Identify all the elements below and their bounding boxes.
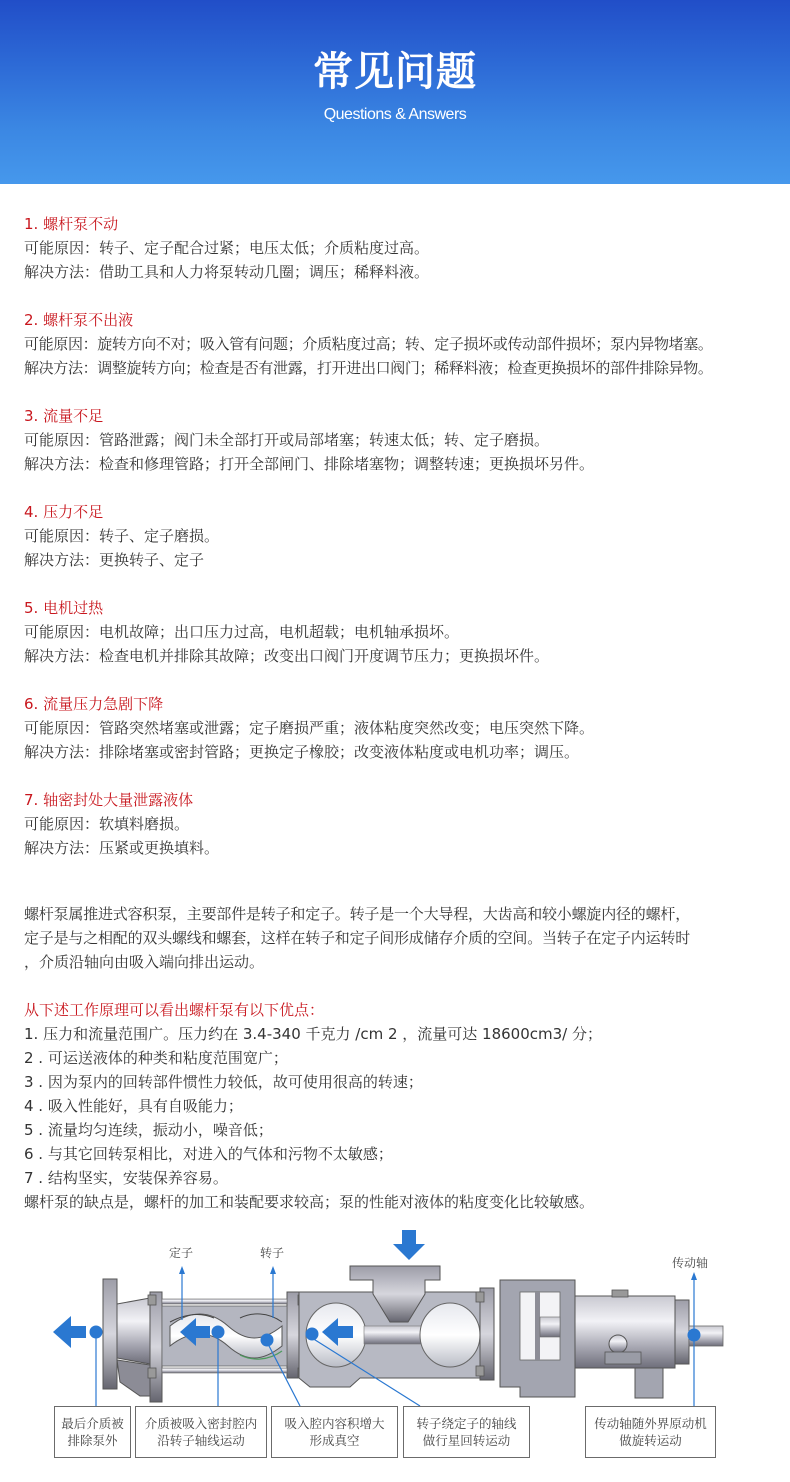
- faq-item: 7. 轴密封处大量泄露液体 可能原因：软填料磨损。 解决方法：压紧或更换填料。: [24, 788, 774, 860]
- callout-text: 做行星回转运动: [423, 1432, 511, 1449]
- faq-title: 7. 轴密封处大量泄露液体: [24, 788, 774, 812]
- callout-box: 最后介质被 排除泵外: [54, 1406, 131, 1458]
- faq-item: 4. 压力不足 可能原因：转子、定子磨损。 解决方法：更换转子、定子: [24, 500, 774, 572]
- faq-list: 1. 螺杆泵不动 可能原因：转子、定子配合过紧；电压太低；介质粘度过高。 解决方…: [24, 212, 774, 884]
- callout-box: 传动轴随外界原动机 做旋转运动: [585, 1406, 716, 1458]
- advantage-item: 1. 压力和流量范围广。压力约在 3.4-340 千克力 /cm 2 ，流量可达…: [24, 1022, 784, 1046]
- faq-solution: 解决方法：更换转子、定子: [24, 548, 774, 572]
- faq-cause: 可能原因：电机故障；出口压力过高，电机超载；电机轴承损坏。: [24, 620, 774, 644]
- advantage-item: 3 . 因为泵内的回转部件惯性力较低，故可使用很高的转速；: [24, 1070, 784, 1094]
- faq-item: 6. 流量压力急剧下降 可能原因：管路突然堵塞或泄露；定子磨损严重；液体粘度突然…: [24, 692, 774, 764]
- intro-paragraph: 螺杆泵属推进式容积泵，主要部件是转子和定子。转子是一个大导程，大齿高和较小螺旋内…: [24, 902, 774, 974]
- faq-solution: 解决方法：排除堵塞或密封管路；更换定子橡胶；改变液体粘度或电机功率；调压。: [24, 740, 774, 764]
- drive-shaft-label: 传动轴: [672, 1256, 708, 1270]
- advantages-title: 从下述工作原理可以看出螺杆泵有以下优点：: [24, 998, 784, 1022]
- faq-solution: 解决方法：检查电机并排除其故障；改变出口阀门开度调节压力；更换损坏件。: [24, 644, 774, 668]
- faq-cause: 可能原因：转子、定子配合过紧；电压太低；介质粘度过高。: [24, 236, 774, 260]
- callout-text: 做旋转运动: [619, 1432, 682, 1449]
- callout-text: 转子绕定子的轴线: [416, 1415, 516, 1432]
- callout-dot: [212, 1326, 225, 1339]
- faq-item: 1. 螺杆泵不动 可能原因：转子、定子配合过紧；电压太低；介质粘度过高。 解决方…: [24, 212, 774, 284]
- intro-line: 螺杆泵属推进式容积泵，主要部件是转子和定子。转子是一个大导程，大齿高和较小螺旋内…: [24, 902, 774, 926]
- rotor-label: 转子: [260, 1246, 284, 1260]
- advantage-item: 2 . 可运送液体的种类和粘度范围宽广；: [24, 1046, 784, 1070]
- faq-solution: 解决方法：检查和修理管路；打开全部闸门、排除堵塞物；调整转速；更换损坏另件。: [24, 452, 774, 476]
- faq-cause: 可能原因：旋转方向不对；吸入管有问题；介质粘度过高；转、定子损坏或传动部件损坏；…: [24, 332, 774, 356]
- header-banner: 常见问题 Questions & Answers: [0, 0, 790, 184]
- faq-cause: 可能原因：管路突然堵塞或泄露；定子磨损严重；液体粘度突然改变；电压突然下降。: [24, 716, 774, 740]
- faq-item: 5. 电机过热 可能原因：电机故障；出口压力过高，电机超载；电机轴承损坏。 解决…: [24, 596, 774, 668]
- page-subtitle: Questions & Answers: [0, 104, 790, 126]
- faq-title: 4. 压力不足: [24, 500, 774, 524]
- callout-text: 排除泵外: [67, 1432, 117, 1449]
- faq-solution: 解决方法：借助工具和人力将泵转动几圈；调压；稀释料液。: [24, 260, 774, 284]
- callout-text: 传动轴随外界原动机: [594, 1415, 707, 1432]
- callout-text: 介质被吸入密封腔内: [145, 1415, 258, 1432]
- faq-title: 2. 螺杆泵不出液: [24, 308, 774, 332]
- faq-title: 5. 电机过热: [24, 596, 774, 620]
- callout-text: 吸入腔内容积增大: [284, 1415, 384, 1432]
- pump-diagram: 定子 转子 传动轴 最后介质被 排除泵外 介质被吸入密封腔内 沿转子轴线运动 吸…: [0, 1222, 790, 1482]
- faq-cause: 可能原因：软填料磨损。: [24, 812, 774, 836]
- callout-dot: [90, 1326, 103, 1339]
- faq-cause: 可能原因：管路泄露；阀门未全部打开或局部堵塞；转速太低；转、定子磨损。: [24, 428, 774, 452]
- drawback-text: 螺杆泵的缺点是，螺杆的加工和装配要求较高；泵的性能对液体的粘度变化比较敏感。: [24, 1190, 784, 1214]
- advantage-item: 4 . 吸入性能好，具有自吸能力；: [24, 1094, 784, 1118]
- callout-dot: [261, 1334, 274, 1347]
- intro-line: 定子是与之相配的双头螺线和螺套，这样在转子和定子间形成储存介质的空间。当转子在定…: [24, 926, 774, 950]
- callout-box: 转子绕定子的轴线 做行星回转运动: [403, 1406, 530, 1458]
- faq-cause: 可能原因：转子、定子磨损。: [24, 524, 774, 548]
- callout-box: 介质被吸入密封腔内 沿转子轴线运动: [135, 1406, 267, 1458]
- faq-item: 3. 流量不足 可能原因：管路泄露；阀门未全部打开或局部堵塞；转速太低；转、定子…: [24, 404, 774, 476]
- faq-title: 6. 流量压力急剧下降: [24, 692, 774, 716]
- callout-dot: [306, 1328, 319, 1341]
- faq-title: 3. 流量不足: [24, 404, 774, 428]
- callout-text: 沿转子轴线运动: [157, 1432, 245, 1449]
- callout-box: 吸入腔内容积增大 形成真空: [271, 1406, 398, 1458]
- intro-line: ，介质沿轴向由吸入端向排出运动。: [24, 950, 774, 974]
- faq-solution: 解决方法：调整旋转方向；检查是否有泄露，打开进出口阀门；稀释料液；检查更换损坏的…: [24, 356, 774, 380]
- advantage-item: 5 . 流量均匀连续，振动小，噪音低；: [24, 1118, 784, 1142]
- inlet-arrow-icon: [393, 1230, 425, 1260]
- callout-dot: [688, 1329, 701, 1342]
- outlet-arrow-icon: [53, 1316, 86, 1348]
- faq-item: 2. 螺杆泵不出液 可能原因：旋转方向不对；吸入管有问题；介质粘度过高；转、定子…: [24, 308, 774, 380]
- advantage-item: 6 . 与其它回转泵相比，对进入的气体和污物不太敏感；: [24, 1142, 784, 1166]
- advantage-item: 7 . 结构坚实，安装保养容易。: [24, 1166, 784, 1190]
- faq-title: 1. 螺杆泵不动: [24, 212, 774, 236]
- faq-solution: 解决方法：压紧或更换填料。: [24, 836, 774, 860]
- callout-text: 形成真空: [309, 1432, 359, 1449]
- advantages-section: 从下述工作原理可以看出螺杆泵有以下优点： 1. 压力和流量范围广。压力约在 3.…: [24, 998, 784, 1214]
- stator-label: 定子: [169, 1246, 193, 1260]
- callout-text: 最后介质被: [61, 1415, 124, 1432]
- page-title: 常见问题: [0, 48, 790, 96]
